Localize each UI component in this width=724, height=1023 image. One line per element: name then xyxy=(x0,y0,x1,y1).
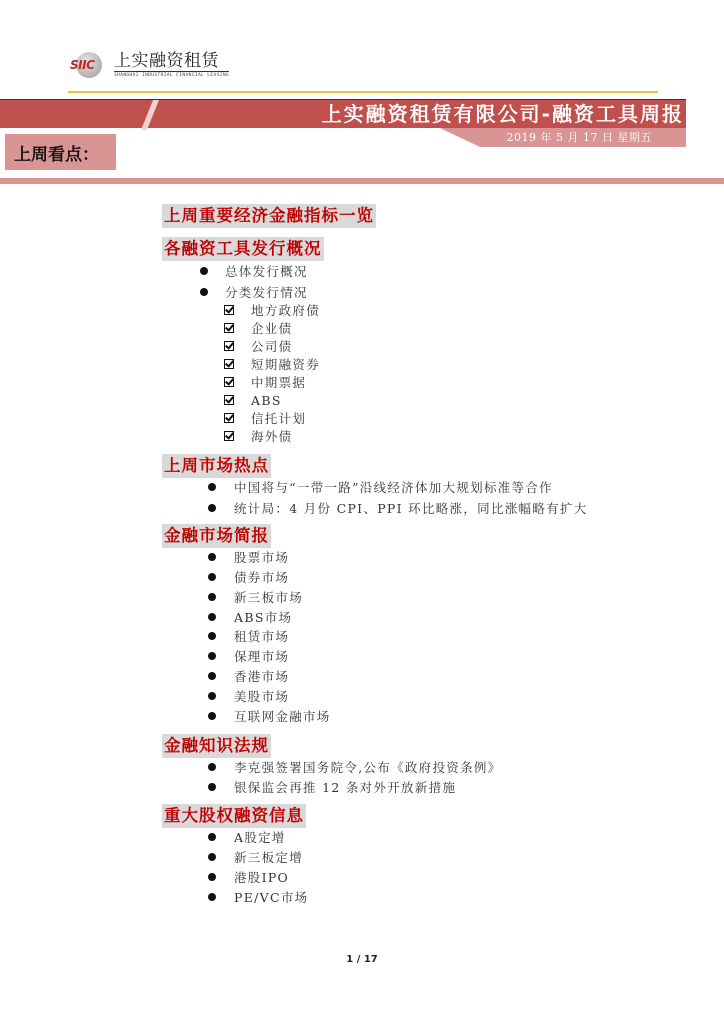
bullet-icon xyxy=(200,288,208,296)
logo-name-cn: 上实融资租赁 xyxy=(114,52,229,72)
section-heading[interactable]: 重大股权融资信息 xyxy=(162,804,306,828)
list-item[interactable]: 债券市场 xyxy=(208,567,289,587)
checkbox-icon xyxy=(224,305,234,315)
list-item-label: 香港市场 xyxy=(234,667,289,685)
sub-item-label: 信托计划 xyxy=(251,409,306,427)
bullet-icon xyxy=(208,763,216,771)
bullet-icon xyxy=(208,672,216,680)
list-item-label: 统计局：4 月份 CPI、PPI 环比略涨，同比涨幅略有扩大 xyxy=(234,499,588,517)
list-item-label: A股定增 xyxy=(234,828,286,846)
list-item-label: 债券市场 xyxy=(234,568,289,586)
list-item-label: 租赁市场 xyxy=(234,627,289,645)
bullet-icon xyxy=(208,893,216,901)
sub-item-label: 海外债 xyxy=(251,427,292,445)
bullet-icon xyxy=(208,504,216,512)
sub-item[interactable]: 企业债 xyxy=(224,318,292,338)
page-number: 1 / 17 xyxy=(0,954,724,965)
checkbox-icon xyxy=(224,431,234,441)
list-item-label: 保理市场 xyxy=(234,647,289,665)
list-item-label: PE/VC市场 xyxy=(234,888,308,906)
checkbox-icon xyxy=(224,413,234,423)
sub-item-label: ABS xyxy=(251,393,282,408)
checkbox-icon xyxy=(224,323,234,333)
checkbox-icon xyxy=(224,395,234,405)
sub-item[interactable]: 中期票据 xyxy=(224,372,306,392)
company-logo: SIIC 上实融资租赁 SHANGHAI INDUSTRIAL FINANCIA… xyxy=(70,50,229,80)
bullet-icon xyxy=(200,267,208,275)
bullet-icon xyxy=(208,712,216,720)
list-item[interactable]: 李克强签署国务院令,公布《政府投资条例》 xyxy=(208,757,501,777)
bullet-icon xyxy=(208,692,216,700)
sub-item[interactable]: ABS xyxy=(224,390,282,410)
section-heading[interactable]: 金融知识法规 xyxy=(162,734,271,758)
list-item[interactable]: 银保监会再推 12 条对外开放新措施 xyxy=(208,777,456,797)
sub-item-label: 公司债 xyxy=(251,337,292,355)
sub-item-label: 地方政府债 xyxy=(251,301,320,319)
list-item[interactable]: 股票市场 xyxy=(208,547,289,567)
bullet-icon xyxy=(208,553,216,561)
checkbox-icon xyxy=(224,359,234,369)
sub-item[interactable]: 海外债 xyxy=(224,426,292,446)
checkbox-icon xyxy=(224,377,234,387)
bullet-icon xyxy=(208,483,216,491)
list-item-label: 李克强签署国务院令,公布《政府投资条例》 xyxy=(234,758,501,776)
list-item[interactable]: 美股市场 xyxy=(208,686,289,706)
section-heading[interactable]: 金融市场简报 xyxy=(162,524,271,548)
sub-item-label: 短期融资券 xyxy=(251,355,320,373)
report-title: 上实融资租赁有限公司-融资工具周报 xyxy=(322,101,684,127)
list-item-label: ABS市场 xyxy=(234,608,292,626)
bullet-icon xyxy=(208,873,216,881)
logo-mark-text: SIIC xyxy=(70,58,94,72)
list-item-label: 新三板市场 xyxy=(234,588,303,606)
list-item-label: 股票市场 xyxy=(234,548,289,566)
list-item-label: 互联网金融市场 xyxy=(234,707,331,725)
date-bar-tail xyxy=(440,128,480,147)
bullet-icon xyxy=(208,833,216,841)
list-item-label: 中国将与“一带一路”沿线经济体加大规划标准等合作 xyxy=(234,478,553,496)
list-item-label: 港股IPO xyxy=(234,868,289,886)
list-item[interactable]: PE/VC市场 xyxy=(208,887,308,907)
section-heading[interactable]: 各融资工具发行概况 xyxy=(162,237,324,261)
bullet-icon xyxy=(208,613,216,621)
sub-item[interactable]: 公司债 xyxy=(224,336,292,356)
section-label: 上周看点： xyxy=(14,140,99,165)
list-item[interactable]: 总体发行概况 xyxy=(200,261,308,281)
bullet-icon xyxy=(208,783,216,791)
siic-logo-icon: SIIC xyxy=(70,52,110,78)
list-item[interactable]: 新三板市场 xyxy=(208,587,303,607)
checkbox-icon xyxy=(224,341,234,351)
section-heading[interactable]: 上周重要经济金融指标一览 xyxy=(162,204,376,228)
gold-divider xyxy=(68,91,658,93)
list-item-label: 银保监会再推 12 条对外开放新措施 xyxy=(234,778,456,796)
sub-item[interactable]: 地方政府债 xyxy=(224,300,320,320)
bullet-icon xyxy=(208,853,216,861)
list-item[interactable]: 互联网金融市场 xyxy=(208,706,331,726)
list-item[interactable]: 统计局：4 月份 CPI、PPI 环比略涨，同比涨幅略有扩大 xyxy=(208,498,588,518)
list-item-label: 分类发行情况 xyxy=(225,283,308,301)
bullet-icon xyxy=(208,593,216,601)
list-item[interactable]: 中国将与“一带一路”沿线经济体加大规划标准等合作 xyxy=(208,477,553,497)
pink-divider xyxy=(0,178,724,184)
bullet-icon xyxy=(208,652,216,660)
list-item-label: 美股市场 xyxy=(234,687,289,705)
list-item-label: 新三板定增 xyxy=(234,848,303,866)
sub-item-label: 企业债 xyxy=(251,319,292,337)
list-item[interactable]: A股定增 xyxy=(208,827,286,847)
list-item[interactable]: 港股IPO xyxy=(208,867,289,887)
sub-item[interactable]: 短期融资券 xyxy=(224,354,320,374)
list-item[interactable]: 新三板定增 xyxy=(208,847,303,867)
list-item[interactable]: 分类发行情况 xyxy=(200,282,308,302)
sub-item-label: 中期票据 xyxy=(251,373,306,391)
list-item[interactable]: 租赁市场 xyxy=(208,626,289,646)
list-item[interactable]: 保理市场 xyxy=(208,646,289,666)
list-item[interactable]: 香港市场 xyxy=(208,666,289,686)
bullet-icon xyxy=(208,573,216,581)
list-item-label: 总体发行概况 xyxy=(225,262,308,280)
section-heading[interactable]: 上周市场热点 xyxy=(162,454,271,478)
list-item[interactable]: ABS市场 xyxy=(208,607,292,627)
bullet-icon xyxy=(208,632,216,640)
report-date: 2019 年 5 月 17 日 星期五 xyxy=(507,129,652,146)
logo-name-en: SHANGHAI INDUSTRIAL FINANCIAL LEASING xyxy=(114,73,229,78)
sub-item[interactable]: 信托计划 xyxy=(224,408,306,428)
